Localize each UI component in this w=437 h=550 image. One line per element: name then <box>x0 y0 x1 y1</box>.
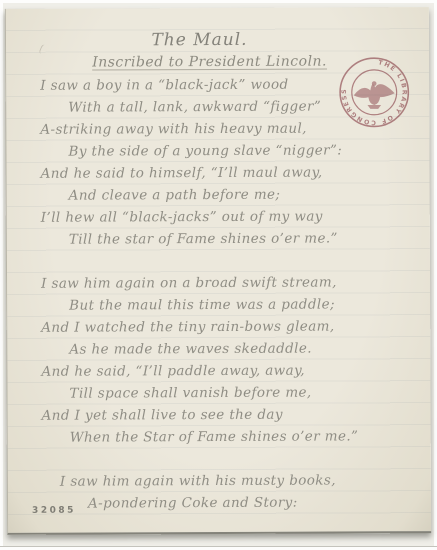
poem-line: As he made the waves skedaddle. <box>41 337 430 361</box>
poem-line: By the side of a young slave “nigger”: <box>40 139 429 163</box>
scan-edge-bottom <box>0 546 437 547</box>
poem-line: But the maul this time was a paddle; <box>41 293 430 317</box>
poem-line: And he said to himself, “I’ll maul away, <box>41 161 430 185</box>
poem-body: I saw a boy in a “black-jack” woodWith a… <box>6 73 431 515</box>
eagle-icon <box>354 81 395 109</box>
poem-line: I’ll hew all “black-jacks” out of my way <box>41 205 430 229</box>
manuscript-page: The Maul. Inscribed to President Lincoln… <box>5 7 431 535</box>
poem-title: The Maul. <box>0 29 411 51</box>
poem-line: A-pondering Coke and Story: <box>60 491 431 515</box>
poem-line: I saw him again with his musty books, <box>60 469 431 493</box>
poem-line: I saw him again on a broad swift stream, <box>41 271 430 295</box>
poem-line: And I watched the tiny rain-bows gleam, <box>41 315 430 339</box>
poem-line: And I yet shall live to see the day <box>42 403 431 427</box>
scanned-manuscript: The Maul. Inscribed to President Lincoln… <box>0 0 437 550</box>
poem-line: When the Star of Fame shines o’er me.” <box>42 425 431 449</box>
poem-line: And he said, “I’ll paddle away, away, <box>41 359 430 383</box>
stanza: I saw him again on a broad swift stream,… <box>41 271 431 449</box>
poem-line: Till space shall vanish before me, <box>41 381 430 405</box>
stanza: I saw him again with his musty books,A-p… <box>42 469 431 515</box>
poem-line: And cleave a path before me; <box>41 183 430 207</box>
archive-number-stamp: 32085 <box>32 506 76 516</box>
poem-line: Till the star of Fame shines o’er me.” <box>41 227 430 251</box>
library-of-congress-stamp: THE LIBRARY OF CONGRESS <box>335 53 413 131</box>
